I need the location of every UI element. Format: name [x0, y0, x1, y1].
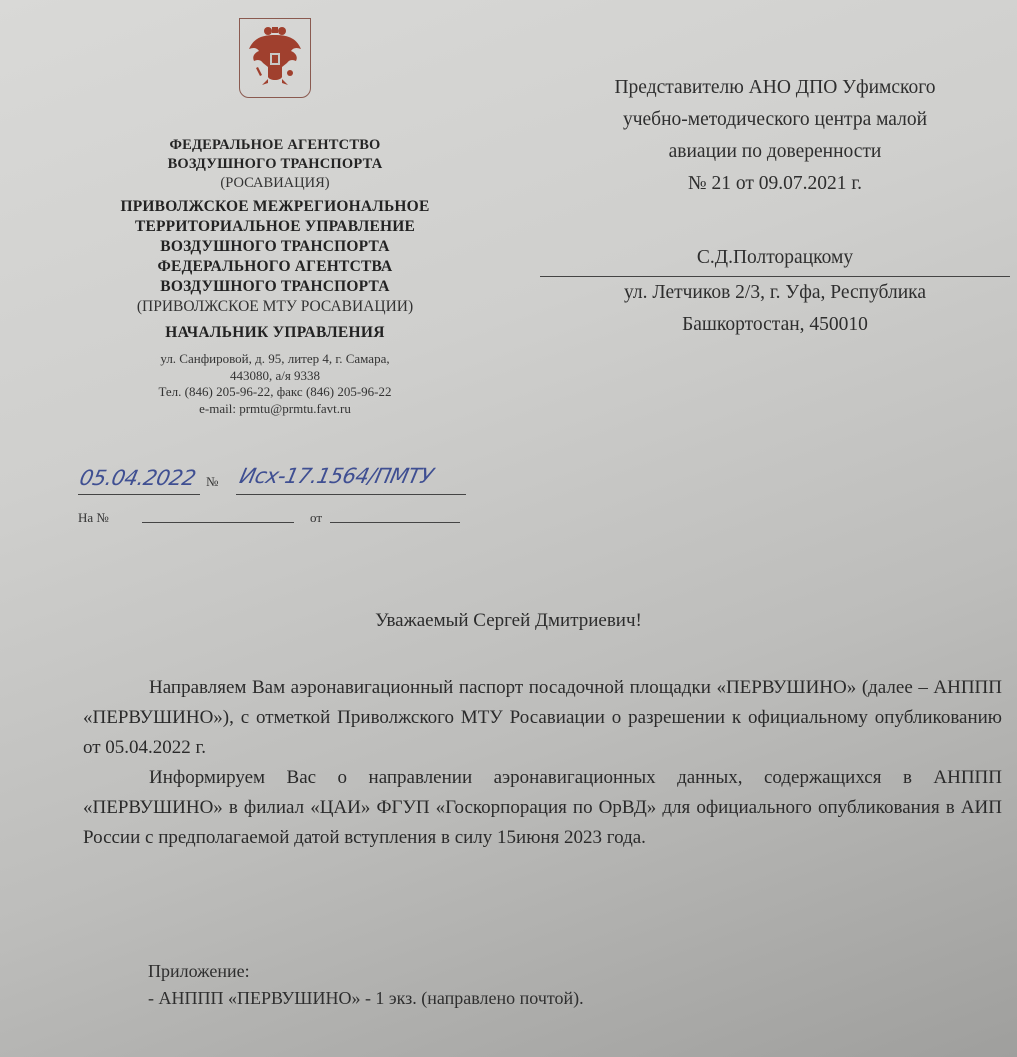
- addressee-address-line1: ул. Летчиков 2/3, г. Уфа, Республика: [540, 277, 1010, 309]
- dept-name-line4: ФЕДЕРАЛЬНОГО АГЕНТСТВА: [60, 257, 490, 277]
- reply-to-blank: [142, 522, 294, 523]
- email-line: e-mail: prmtu@prmtu.favt.ru: [60, 401, 490, 418]
- dept-name-line3: ВОЗДУШНОГО ТРАНСПОРТА: [60, 237, 490, 257]
- agency-short-name: (РОСАВИАЦИЯ): [60, 174, 490, 193]
- addressee-line4: № 21 от 09.07.2021 г.: [540, 168, 1010, 200]
- registration-date: 05.04.2022: [77, 466, 197, 490]
- registration-number-field: Исх-17.1564/ПМТУ: [236, 468, 466, 495]
- dept-name-line2: ТЕРРИТОРИАЛЬНОЕ УПРАВЛЕНИЕ: [60, 217, 490, 237]
- agency-name-line2: ВОЗДУШНОГО ТРАНСПОРТА: [60, 155, 490, 174]
- reply-to-label: На №: [78, 510, 109, 526]
- number-label: №: [206, 474, 218, 490]
- letter-page: ФЕДЕРАЛЬНОЕ АГЕНТСТВО ВОЗДУШНОГО ТРАНСПО…: [0, 0, 1017, 1057]
- addressee-name: С.Д.Полторацкому: [540, 242, 1010, 274]
- attachment-block: Приложение: - АНППП «ПЕРВУШИНО» - 1 экз.…: [148, 958, 848, 1012]
- registration-line: 05.04.2022 № Исх-17.1564/ПМТУ: [78, 468, 468, 496]
- reply-from-blank: [330, 522, 460, 523]
- addressee-line1: Представителю АНО ДПО Уфимского: [540, 72, 1010, 104]
- coat-of-arms-icon: [239, 18, 311, 98]
- reply-from-label: от: [310, 510, 322, 526]
- agency-name-line1: ФЕДЕРАЛЬНОЕ АГЕНТСТВО: [60, 136, 490, 155]
- body-paragraph-2: Информируем Вас о направлении аэронавига…: [83, 763, 1002, 853]
- addressee-line3: авиации по доверенности: [540, 136, 1010, 168]
- body-paragraph-1: Направляем Вам аэронавигационный паспорт…: [83, 673, 1002, 763]
- addressee-block: Представителю АНО ДПО Уфимского учебно-м…: [540, 72, 1010, 341]
- position-title: НАЧАЛЬНИК УПРАВЛЕНИЯ: [60, 323, 490, 343]
- addressee-address-line2: Башкортостан, 450010: [540, 309, 1010, 341]
- address-line2: 443080, а/я 9338: [60, 368, 490, 385]
- attachment-label: Приложение:: [148, 958, 848, 985]
- letter-body: Направляем Вам аэронавигационный паспорт…: [83, 673, 1002, 853]
- address-line1: ул. Санфировой, д. 95, литер 4, г. Самар…: [60, 351, 490, 368]
- registration-number: Исх-17.1564/ПМТУ: [237, 464, 435, 488]
- attachment-item: - АНППП «ПЕРВУШИНО» - 1 экз. (направлено…: [148, 985, 848, 1012]
- reply-reference-line: На № от: [78, 508, 468, 528]
- dept-short-name: (ПРИВОЛЖСКОЕ МТУ РОСАВИАЦИИ): [60, 297, 490, 317]
- addressee-line2: учебно-методического центра малой: [540, 104, 1010, 136]
- dept-name-line5: ВОЗДУШНОГО ТРАНСПОРТА: [60, 277, 490, 297]
- dept-name-line1: ПРИВОЛЖСКОЕ МЕЖРЕГИОНАЛЬНОЕ: [60, 197, 490, 217]
- phone-line: Тел. (846) 205-96-22, факс (846) 205-96-…: [60, 384, 490, 401]
- letterhead: ФЕДЕРАЛЬНОЕ АГЕНТСТВО ВОЗДУШНОГО ТРАНСПО…: [60, 18, 490, 417]
- registration-date-field: 05.04.2022: [78, 468, 200, 495]
- salutation: Уважаемый Сергей Дмитриевич!: [0, 610, 1017, 632]
